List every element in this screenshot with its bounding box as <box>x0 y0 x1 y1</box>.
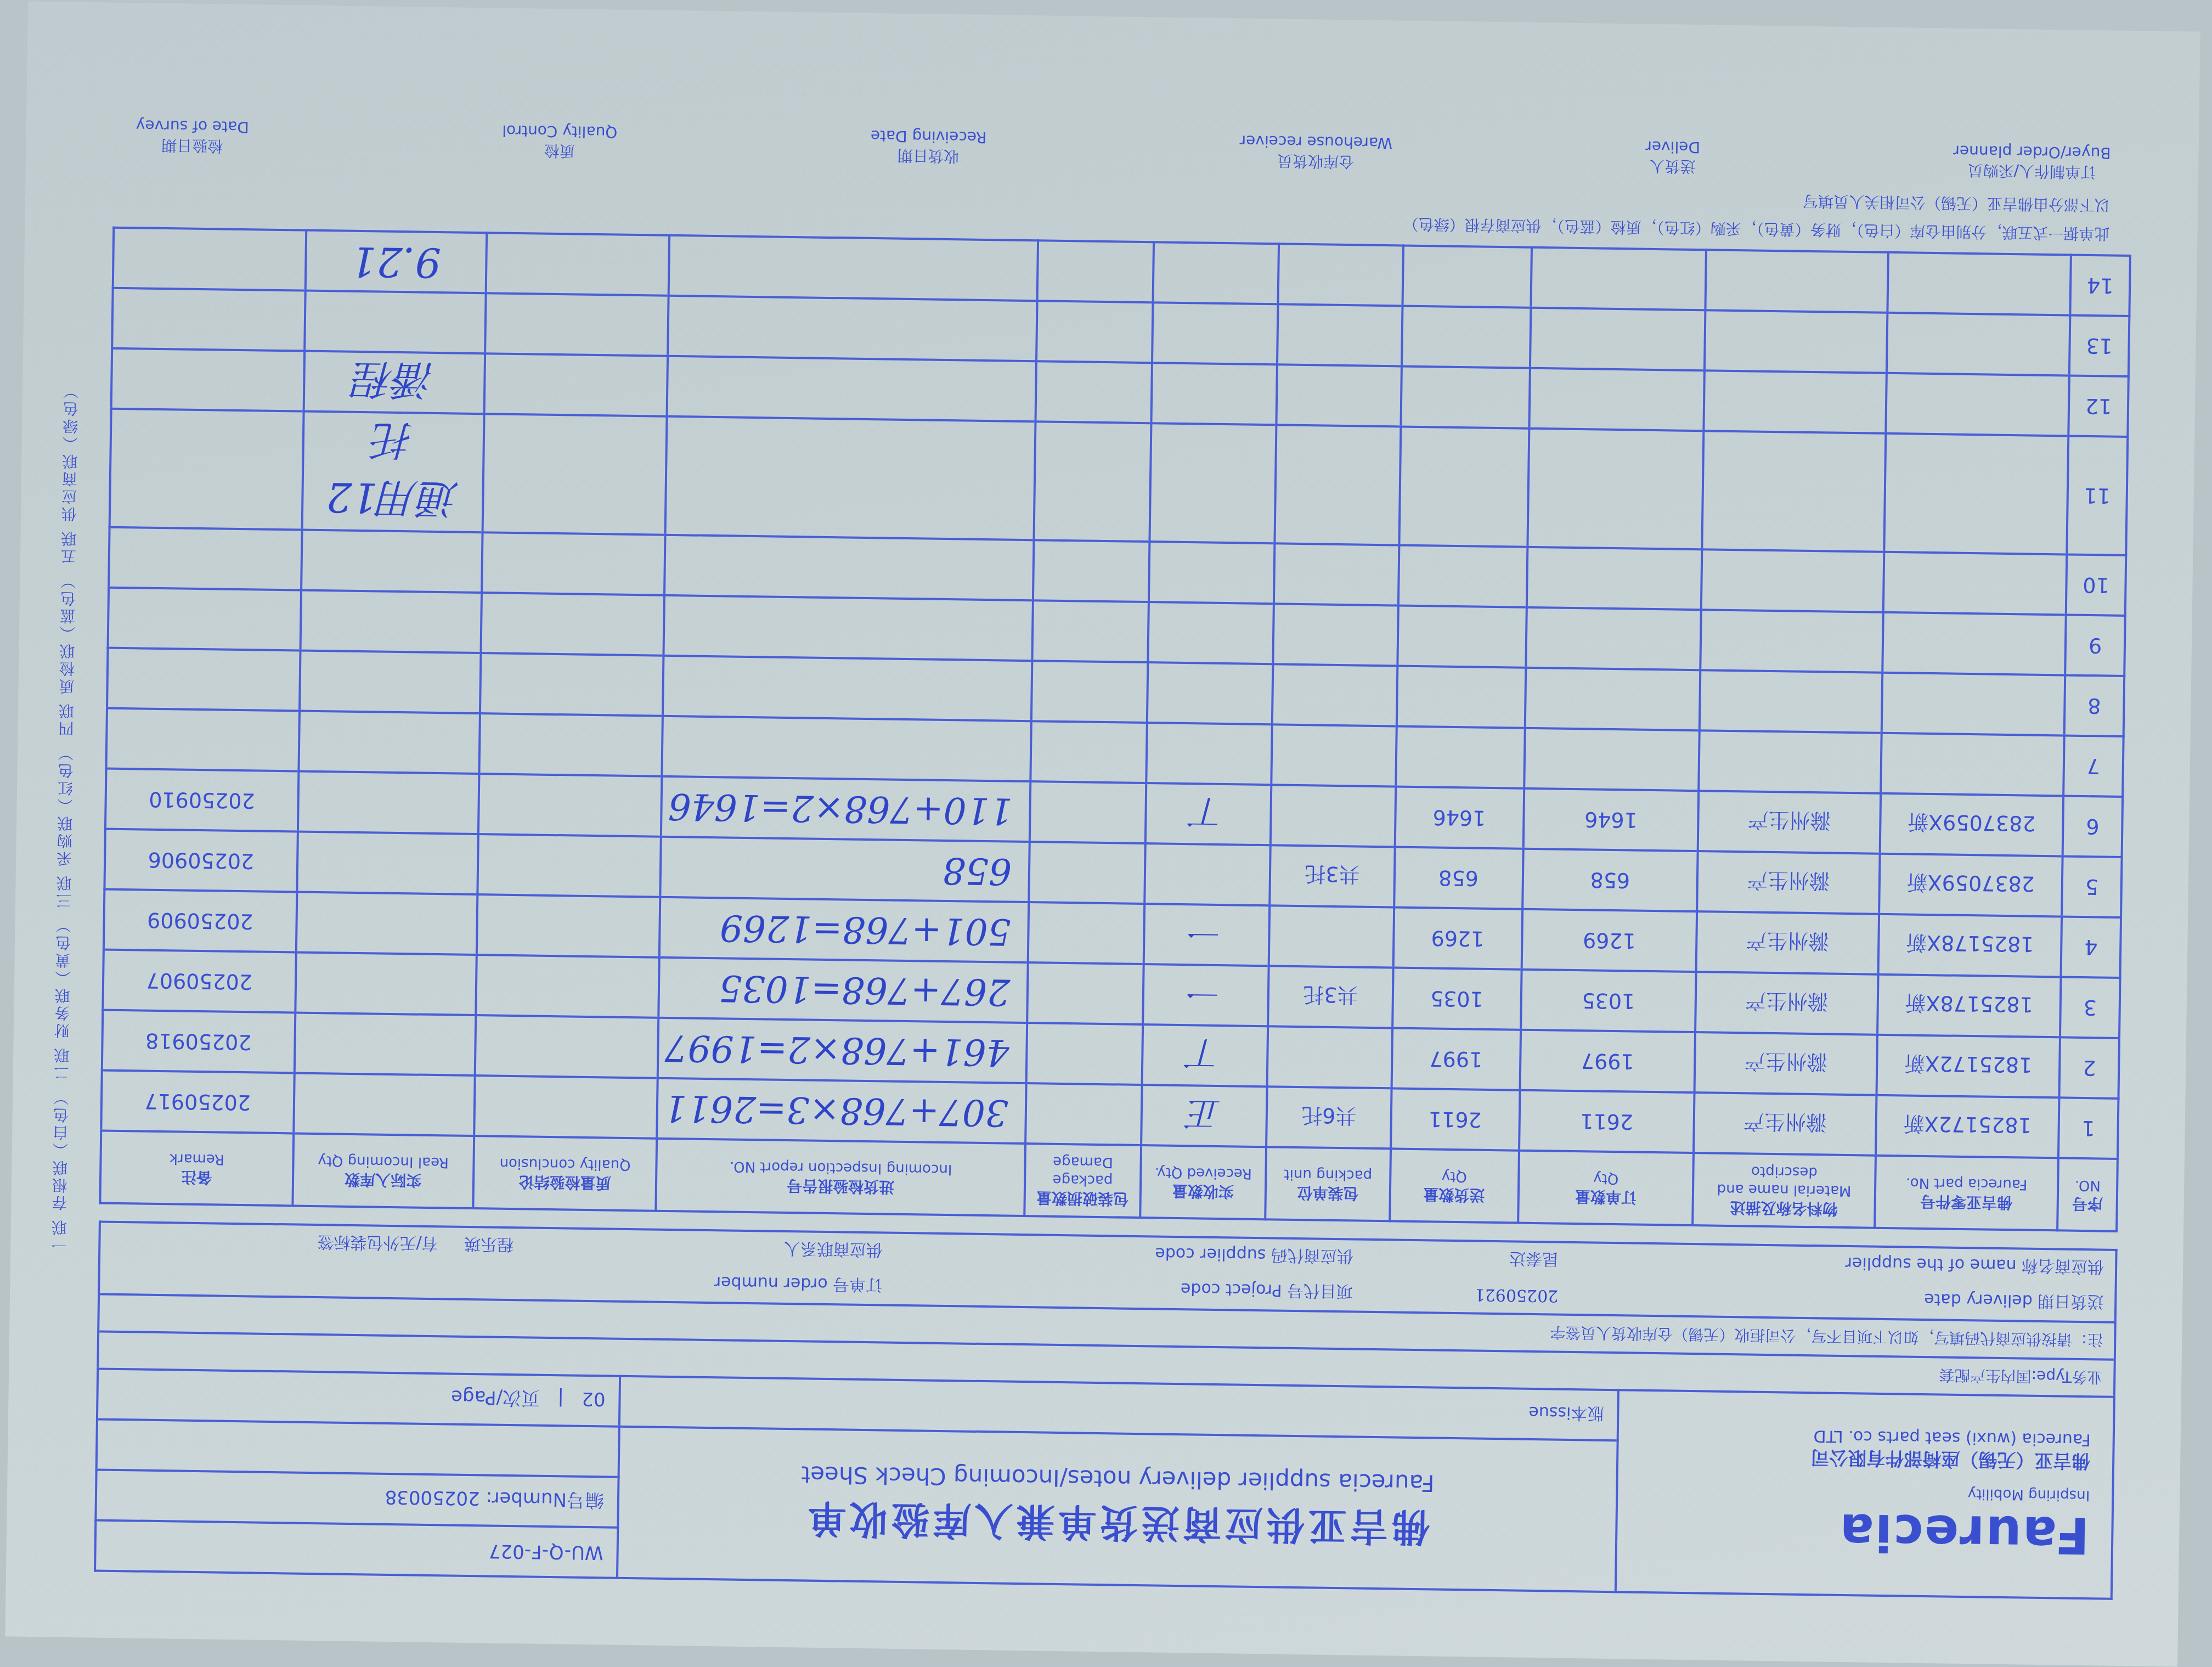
order-number <box>100 1258 524 1299</box>
order-qty-cell: 658 <box>1522 849 1698 911</box>
number-label: 编号Number: <box>486 1488 604 1511</box>
col-material: 物料名称及描述Material name and descripto <box>1693 1153 1876 1228</box>
row-number: 1 <box>2058 1097 2118 1158</box>
delivery-qty-cell: 1035 <box>1392 967 1521 1029</box>
delivery-qty-cell <box>1398 545 1527 607</box>
part-number-cell: 2837059X新 <box>1879 854 2063 917</box>
material-desc-cell: 滁州生产 <box>1696 911 1879 975</box>
part-number-cell <box>1887 252 2071 316</box>
row-number: 12 <box>2069 376 2129 437</box>
quality-conclusion-cell <box>478 774 662 837</box>
footer-deliver: 送货人Deliver <box>1645 138 1701 178</box>
material-desc-cell: 滁州生产 <box>1697 851 1880 914</box>
col-quality-conclusion: 质量检验结论Quality conclusion <box>473 1136 657 1211</box>
packing-unit-cell <box>1269 905 1394 967</box>
quality-conclusion-cell <box>482 414 667 535</box>
real-incoming-cell <box>304 291 486 354</box>
number-value: 20250038 <box>385 1486 480 1509</box>
delivery-qty-cell: 658 <box>1394 847 1523 909</box>
inspection-calc-cell <box>667 356 1036 421</box>
delivery-qty-cell <box>1399 427 1529 547</box>
supplier-contact-label: 供应商联系人 <box>524 1229 894 1269</box>
parts-table: 序号NO. 佛吉亚零件号Faurecia part No. 物料名称及描述Mat… <box>99 227 2131 1232</box>
part-number-cell <box>1882 612 2066 675</box>
row-number: 8 <box>2064 675 2124 736</box>
form-header: Faurecia Inspiring Mobility 佛吉亚（无锡）座椅部件有… <box>94 1367 2115 1600</box>
order-qty-cell: 2611 <box>1519 1090 1695 1153</box>
inspection-calc-cell <box>662 716 1031 781</box>
supplier-code <box>893 1234 936 1270</box>
inspection-calc-cell <box>665 416 1036 540</box>
received-tally-cell <box>1149 423 1277 543</box>
received-tally-cell <box>1153 242 1279 304</box>
inspection-calc-cell <box>669 235 1038 301</box>
col-real-incoming-qty: 实际入库数Real Incoming Qty <box>292 1133 474 1208</box>
delivery-qty-cell <box>1397 605 1526 667</box>
received-tally-cell <box>1146 723 1272 785</box>
supplier-code-label: 供应商代码 supplier code <box>936 1235 1364 1276</box>
package-damage-cell <box>1034 421 1151 542</box>
row-number: 6 <box>2063 796 2123 857</box>
delivery-date: 20250921 <box>1364 1276 1570 1314</box>
real-incoming-cell <box>297 771 479 835</box>
supplier-contact: 程乐瑛 有/无外包装标签 <box>100 1223 525 1264</box>
real-incoming-cell <box>297 832 478 895</box>
remark-date-cell <box>109 527 302 590</box>
order-qty-cell: 1269 <box>1521 909 1697 972</box>
col-order-qty: 订单数量Qty <box>1518 1151 1694 1225</box>
package-damage-cell <box>1027 962 1143 1024</box>
supplier-contact-name: 程乐瑛 <box>464 1234 513 1254</box>
quality-conclusion-cell <box>480 653 664 716</box>
footer-buyer: 订单制作人/采购员Buyer/Order planner <box>1953 142 2111 184</box>
package-damage-cell <box>1028 902 1144 964</box>
copy-distribution-strip: 一联 存根联（白色） 二联 财务联（黄色） 三联 采购联（红色） 四联 质检联（… <box>49 381 83 1253</box>
package-damage-cell <box>1037 240 1154 302</box>
inspection-calc-cell <box>663 656 1032 721</box>
received-tally-cell: 丅 <box>1142 1024 1268 1086</box>
delivery-qty-cell <box>1402 246 1531 308</box>
company-block: Faurecia Inspiring Mobility 佛吉亚（无锡）座椅部件有… <box>1616 1390 2114 1599</box>
project-code <box>893 1269 936 1305</box>
order-qty-cell: 1035 <box>1521 970 1696 1032</box>
footer-survey-date: 检验日期Date of survey <box>136 116 249 158</box>
package-damage-cell <box>1025 1083 1142 1145</box>
remark-date-cell <box>108 588 301 651</box>
packing-unit-cell <box>1277 364 1402 426</box>
footer-receiving-date: 收货日期Receiving Date <box>870 127 987 168</box>
quality-conclusion-cell <box>479 713 663 776</box>
material-desc-cell <box>1706 250 1888 313</box>
paper-sheet: Faurecia Inspiring Mobility 佛吉亚（无锡）座椅部件有… <box>5 2 2200 1659</box>
check-sheet-form: Faurecia Inspiring Mobility 佛吉亚（无锡）座椅部件有… <box>94 116 2133 1600</box>
row-number: 2 <box>2059 1037 2119 1098</box>
quality-conclusion-cell <box>485 293 669 356</box>
issue-value: 02 <box>582 1388 606 1410</box>
page-label: 页次/Page <box>451 1386 540 1409</box>
received-tally-cell <box>1152 302 1278 364</box>
part-number-cell: 1825172X新 <box>1876 1035 2060 1098</box>
quality-conclusion-cell <box>484 353 668 416</box>
col-no: 序号NO. <box>2057 1158 2118 1231</box>
order-qty-cell <box>1529 368 1705 431</box>
col-received-qty: 实收数量Received Qty. <box>1140 1145 1267 1219</box>
row-number: 4 <box>2061 916 2121 977</box>
order-qty-cell: 1997 <box>1520 1030 1695 1092</box>
real-incoming-cell: 通用12托 <box>302 412 484 533</box>
received-tally-cell: 一 <box>1143 964 1269 1026</box>
remark-date-cell <box>106 708 299 771</box>
issue-page-cell: 02 | 页次/Page <box>97 1369 620 1427</box>
packing-unit-cell: 共6托 <box>1266 1086 1391 1148</box>
delivery-qty-cell <box>1401 367 1530 429</box>
packing-unit-cell <box>1271 785 1396 847</box>
row-number: 11 <box>2067 436 2128 555</box>
part-number-cell <box>1886 313 2070 376</box>
delivery-qty-cell: 1646 <box>1395 786 1523 848</box>
quality-conclusion-cell <box>475 1015 658 1078</box>
part-number-cell <box>1881 733 2064 796</box>
stamp-note: 有/无外包装标签 <box>317 1232 438 1253</box>
row-number: 3 <box>2060 977 2120 1038</box>
row-number: 5 <box>2062 856 2121 917</box>
col-part-no: 佛吉亚零件号Faurecia part No. <box>1875 1156 2059 1231</box>
remark-date-cell <box>110 409 304 530</box>
received-tally-cell <box>1151 363 1277 425</box>
quality-conclusion-cell <box>474 1075 658 1139</box>
package-damage-cell <box>1036 301 1153 363</box>
material-desc-cell: 滁州生产 <box>1696 972 1878 1035</box>
real-incoming-cell <box>300 590 482 654</box>
real-incoming-cell <box>296 892 477 955</box>
info-section: 业务Type:国内生产配套 注：请按供应商代码填写，如以下项目不写，公司拒收（无… <box>97 1221 2117 1396</box>
material-desc-cell <box>1699 730 1882 793</box>
inspection-calc-cell <box>664 535 1034 600</box>
material-desc-cell: 滁州生产 <box>1695 1032 1877 1095</box>
received-tally-cell: 正 <box>1141 1085 1267 1147</box>
inspection-calc-cell <box>668 296 1037 361</box>
material-desc-cell <box>1705 310 1887 373</box>
order-qty-cell <box>1524 728 1700 791</box>
quality-conclusion-cell <box>477 834 661 897</box>
delivery-qty-cell <box>1396 726 1525 788</box>
title-block: 佛吉亚供应商送货单兼入库验收单 Faurecia supplier delive… <box>617 1427 1618 1592</box>
inspection-calc-cell: 307+768×3=2611 <box>657 1078 1026 1144</box>
package-damage-cell <box>1033 540 1149 602</box>
inspection-calc-cell <box>664 595 1033 661</box>
remark-date-cell: 20250909 <box>104 889 297 953</box>
material-desc-cell: 滁州生产 <box>1694 1092 1876 1156</box>
col-inspection-report: 进货检验报告号Incoming Inspection report NO. <box>656 1139 1026 1216</box>
order-qty-cell <box>1526 547 1702 610</box>
inspection-calc-cell: 501+768=1269 <box>659 897 1029 962</box>
row-number: 7 <box>2063 735 2123 796</box>
inspection-calc-cell: 461+768×2=1997 <box>658 1018 1027 1083</box>
remark-date-cell: 20250907 <box>103 950 296 1013</box>
part-number-cell <box>1884 433 2069 555</box>
part-number-cell: 1825178X新 <box>1878 914 2062 977</box>
packing-unit-cell: 共3托 <box>1269 845 1395 907</box>
delivery-qty-cell: 1997 <box>1391 1028 1520 1090</box>
remark-date-cell: 20250918 <box>102 1010 295 1073</box>
quality-conclusion-cell <box>481 593 664 656</box>
remark-date-cell: 20250906 <box>104 829 297 892</box>
material-desc-cell <box>1702 431 1886 552</box>
part-number-cell <box>1883 552 2067 615</box>
real-incoming-cell: 9.21 <box>305 230 487 294</box>
material-desc-cell <box>1701 549 1884 612</box>
footer-quality-control: 质检Quality Control <box>501 122 617 164</box>
quality-conclusion-cell <box>486 233 669 296</box>
packing-unit-cell <box>1275 425 1401 545</box>
page-title-cn: 佛吉亚供应商送货单兼入库验收单 <box>619 1491 1615 1560</box>
part-number-cell: 2837059X新 <box>1880 793 2063 857</box>
order-number-label: 订单号 order number <box>524 1264 893 1304</box>
project-code-label: 项目代号 Project code <box>935 1270 1364 1311</box>
packing-unit-cell: 共3托 <box>1268 966 1393 1028</box>
supplier-name: 昆泰达 <box>1364 1241 1570 1279</box>
order-qty-cell <box>1527 429 1704 549</box>
remark-date-cell <box>111 348 304 412</box>
blank-meta-cell <box>97 1420 619 1477</box>
packing-unit-cell <box>1267 1026 1392 1088</box>
row-number: 9 <box>2065 615 2125 675</box>
col-packing-unit: 包装单位packing unit <box>1266 1147 1391 1221</box>
real-incoming-cell <box>300 651 481 714</box>
faurecia-logo: Faurecia <box>1639 1500 2090 1564</box>
package-damage-cell <box>1036 361 1152 423</box>
remark-date-cell <box>107 648 300 711</box>
real-incoming-cell: 潘程 <box>303 351 485 414</box>
real-incoming-cell <box>301 530 483 593</box>
remark-date-cell <box>113 228 306 291</box>
part-number-cell: 1825178X新 <box>1877 975 2061 1038</box>
remark-date-cell: 20250910 <box>105 769 298 832</box>
order-qty-cell <box>1525 668 1700 730</box>
quality-conclusion-cell <box>476 955 659 1018</box>
received-tally-cell <box>1148 602 1274 664</box>
order-qty-cell <box>1526 607 1701 670</box>
col-package-damage: 包装破损数量package Damage <box>1024 1144 1141 1218</box>
quality-conclusion-cell <box>477 894 661 958</box>
package-damage-cell <box>1030 781 1146 843</box>
remark-date-cell: 20250917 <box>101 1071 294 1134</box>
packing-unit-cell <box>1272 664 1397 726</box>
part-number-cell <box>1881 673 2065 736</box>
delivery-qty-cell <box>1402 306 1531 368</box>
row-number: 13 <box>2069 316 2129 376</box>
received-tally-cell <box>1148 542 1274 604</box>
form-number: 编号Number: 20250038 <box>95 1470 618 1528</box>
material-desc-cell <box>1704 370 1887 433</box>
packing-unit-cell <box>1273 604 1398 666</box>
material-desc-cell <box>1700 670 1882 733</box>
row-number: 14 <box>2070 255 2130 316</box>
col-delivery-qty: 送货数量Qty <box>1390 1148 1519 1223</box>
order-qty-cell <box>1531 247 1706 310</box>
received-tally-cell: 丅 <box>1145 783 1271 845</box>
real-incoming-cell <box>295 952 477 1015</box>
remark-date-cell <box>112 288 305 351</box>
order-qty-cell <box>1530 308 1705 370</box>
package-damage-cell <box>1029 842 1145 904</box>
package-damage-cell <box>1031 661 1148 723</box>
real-incoming-cell <box>294 1073 475 1136</box>
footer-warehouse-receiver: 仓库收货员Warehouse receiver <box>1239 132 1392 174</box>
real-incoming-cell <box>294 1012 476 1075</box>
material-desc-cell: 滁州生产 <box>1698 791 1881 854</box>
packing-unit-cell <box>1278 244 1403 306</box>
inspection-calc-cell: 110+768×2=1646 <box>661 776 1030 842</box>
received-tally-cell: 一 <box>1143 904 1269 966</box>
package-damage-cell <box>1026 1023 1143 1085</box>
part-number-cell: 1825172X新 <box>1875 1095 2059 1158</box>
packing-unit-cell <box>1274 543 1399 605</box>
packing-unit-cell <box>1272 724 1397 786</box>
row-number: 10 <box>2066 554 2126 615</box>
material-desc-cell <box>1701 610 1883 673</box>
quality-conclusion-cell <box>482 532 665 595</box>
form-code: WU-Q-F-027 <box>95 1520 618 1578</box>
order-qty-cell: 1646 <box>1523 789 1699 851</box>
received-tally-cell <box>1144 843 1271 905</box>
real-incoming-cell <box>298 711 480 774</box>
received-tally-cell <box>1147 662 1273 724</box>
col-remark: 备注Remark <box>100 1131 293 1206</box>
packing-unit-cell <box>1277 304 1402 366</box>
delivery-qty-cell <box>1396 666 1525 728</box>
delivery-qty-cell: 2611 <box>1391 1088 1520 1150</box>
delivery-qty-cell: 1269 <box>1393 907 1522 969</box>
package-damage-cell <box>1032 600 1149 662</box>
inspection-calc-cell: 658 <box>661 837 1030 902</box>
part-number-cell <box>1886 373 2069 436</box>
inspection-calc-cell: 267+768=1035 <box>659 958 1028 1023</box>
package-damage-cell <box>1030 721 1147 783</box>
